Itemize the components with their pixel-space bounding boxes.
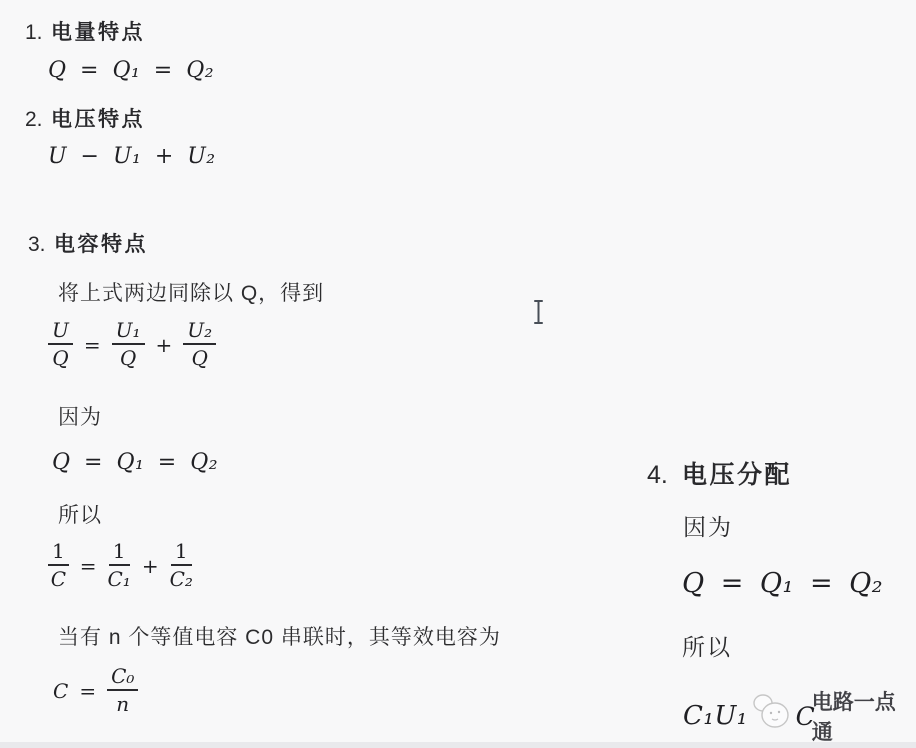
section-2-header: 2. 电压特点	[25, 103, 145, 133]
fraction-denominator: C₂	[170, 566, 193, 590]
fraction-term: C₀ n	[107, 666, 138, 715]
plus-operator: +	[140, 554, 161, 578]
fraction-denominator: Q	[120, 345, 136, 369]
fraction-denominator: n	[116, 691, 129, 715]
fraction-term: U₁ Q	[112, 320, 145, 369]
fraction-denominator: C	[51, 566, 66, 590]
formula-charge-equation-1: Q = Q₁ = Q₂	[48, 58, 214, 83]
section-4-header: 4. 电压分配	[647, 455, 792, 491]
section-4-title: 电压分配	[682, 455, 792, 491]
watermark-mascot-logo-icon	[752, 692, 792, 735]
formula-c1u1: C₁U₁	[683, 701, 748, 731]
fraction-term: U₂ Q	[183, 320, 216, 369]
fraction-term: 1 C₂	[170, 541, 193, 590]
fraction-term: 1 C₁	[108, 541, 131, 590]
so-label-left: 所以	[58, 499, 102, 529]
n-series-capacitors-note: 当有 n 个等值电容 C0 串联时，其等效电容为	[58, 621, 501, 651]
fraction-term: 1 C	[48, 541, 69, 590]
equals-operator: =	[77, 679, 98, 703]
bottom-edge-strip	[0, 742, 916, 748]
fraction-numerator: 1	[109, 541, 130, 566]
section-3-number: 3.	[28, 233, 54, 257]
fraction-numerator: C₀	[107, 666, 138, 691]
fraction-denominator: C₁	[108, 566, 131, 590]
fraction-numerator: U	[48, 320, 73, 345]
document-page: 1. 电量特点 Q = Q₁ = Q₂ 2. 电压特点 U − U₁ + U₂ …	[0, 0, 916, 748]
section-4-number: 4.	[647, 461, 682, 490]
formula-charge-equation-2: Q = Q₁ = Q₂	[52, 450, 218, 475]
plus-operator: +	[154, 333, 175, 357]
fraction-denominator: Q	[192, 345, 208, 369]
section-2-number: 2.	[25, 108, 51, 132]
because-label-left: 因为	[58, 401, 102, 431]
formula-lhs: C	[53, 679, 68, 703]
formula-reciprocal-capacitance-equation: 1 C = 1 C₁ + 1 C₂	[48, 541, 193, 590]
equals-operator: =	[82, 333, 103, 357]
section-3-title: 电容特点	[54, 228, 148, 258]
partial-formula-with-watermark: C₁U₁ C 电路一点通	[683, 686, 916, 746]
divide-both-sides-note: 将上式两边同除以 Q，得到	[58, 277, 324, 307]
section-3-header: 3. 电容特点	[28, 228, 148, 258]
because-label-right: 因为	[683, 509, 733, 542]
watermark-text: 电路一点通	[812, 686, 916, 746]
section-1-number: 1.	[25, 21, 51, 45]
formula-uq-fraction-equation: U Q = U₁ Q + U₂ Q	[48, 320, 216, 369]
section-1-header: 1. 电量特点	[25, 16, 145, 46]
fraction-numerator: 1	[48, 541, 69, 566]
fraction-numerator: U₂	[183, 320, 216, 345]
section-1-title: 电量特点	[51, 16, 145, 46]
fraction-term: U Q	[48, 320, 73, 369]
formula-equivalent-capacitance: C = C₀ n	[53, 666, 138, 715]
so-label-right: 所以	[682, 629, 732, 662]
section-2-title: 电压特点	[51, 103, 145, 133]
equals-operator: =	[78, 554, 99, 578]
fraction-denominator: Q	[52, 345, 68, 369]
i-beam-cursor-icon	[533, 300, 544, 330]
fraction-numerator: 1	[171, 541, 192, 566]
formula-charge-equation-right: Q = Q₁ = Q₂	[682, 568, 883, 599]
fraction-numerator: U₁	[112, 320, 145, 345]
formula-voltage-equation: U − U₁ + U₂	[48, 144, 216, 169]
